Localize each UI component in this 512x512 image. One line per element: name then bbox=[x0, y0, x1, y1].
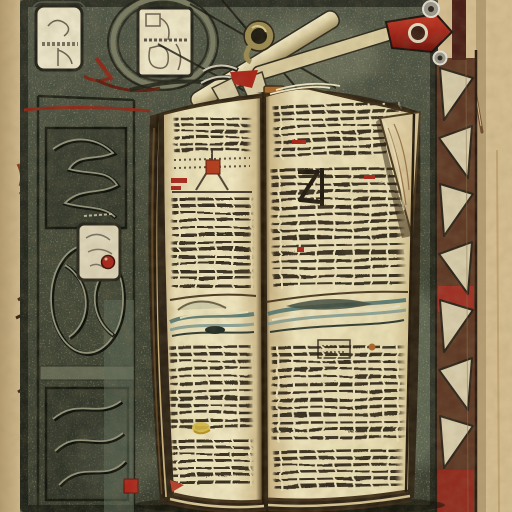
marginal-vignette-lower bbox=[78, 214, 120, 280]
right-page bbox=[266, 90, 414, 500]
inset-sketch-box bbox=[318, 340, 350, 358]
manuscript-painting bbox=[0, 0, 512, 512]
red-seal-dot bbox=[102, 256, 115, 269]
right-margin-shade bbox=[476, 0, 486, 512]
border-strip-right bbox=[436, 0, 476, 512]
marginal-vignette-top-left bbox=[32, 2, 86, 74]
open-book bbox=[148, 90, 420, 511]
scene-base bbox=[0, 0, 512, 512]
